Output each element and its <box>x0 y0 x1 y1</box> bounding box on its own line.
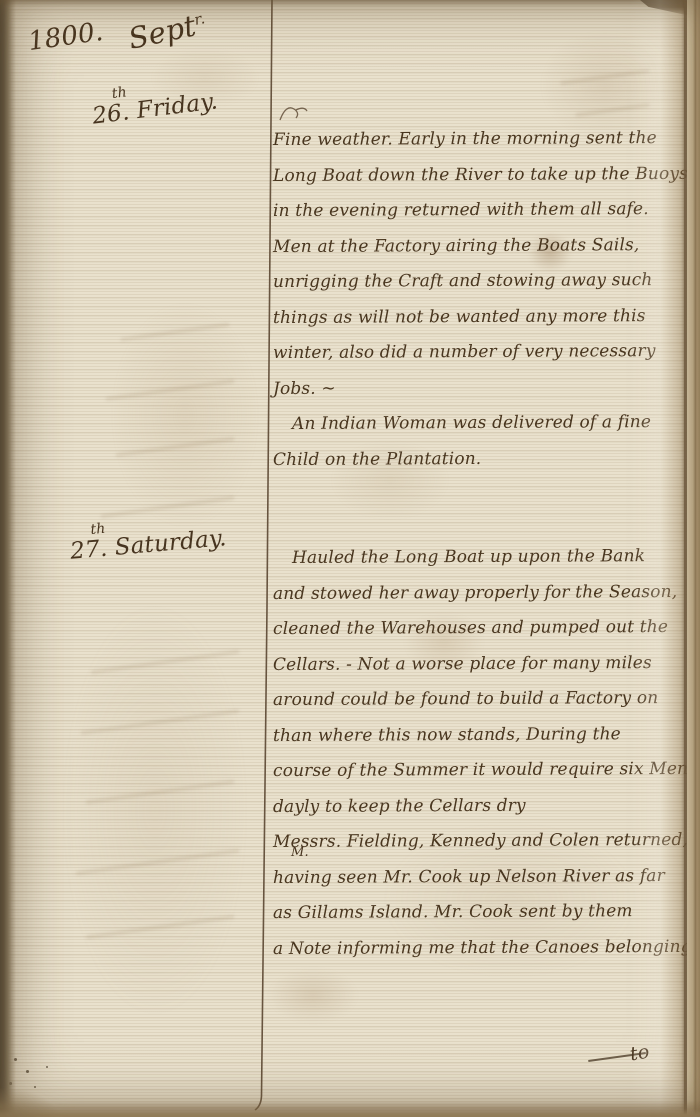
journal-line: Cellars. - Not a worse place for many mi… <box>273 645 673 683</box>
journal-entry-26-september: Fine weather. Early in the morning sent … <box>273 122 673 477</box>
interlinear-insertion: M. <box>291 845 309 860</box>
ink-bleedthrough <box>76 849 240 876</box>
journal-line: in the evening returned with them all sa… <box>273 192 673 230</box>
paper-stain <box>110 300 260 530</box>
date-day-number: 26 <box>91 100 124 129</box>
journal-line: Jobs. ~ <box>273 369 673 407</box>
page-bottom-edge <box>0 1100 700 1117</box>
ink-bleedthrough <box>115 437 234 458</box>
journal-line: as Gillams Island. Mr. Cook sent by them <box>273 894 673 932</box>
date-day-name: . Saturday. <box>99 525 228 562</box>
ink-bleedthrough <box>90 650 239 675</box>
journal-line: around could be found to build a Factory… <box>273 681 673 719</box>
date-ordinal-superscript: th <box>111 84 128 102</box>
journal-line: Men at the Factory airing the Boats Sail… <box>273 227 673 265</box>
ink-flourish <box>276 102 310 124</box>
binding-edge <box>0 0 16 1117</box>
ink-bleedthrough <box>85 780 234 805</box>
journal-line: An Indian Woman was delivered of a fine <box>273 405 673 443</box>
journal-line: cleaned the Warehouses and pumped out th… <box>273 610 673 648</box>
ink-bleedthrough <box>100 496 234 519</box>
date-day-number: 27 <box>69 536 101 564</box>
manuscript-page: 1800. Septr. th26. Friday. Fine weather.… <box>0 0 700 1117</box>
date-ordinal-superscript: th <box>90 521 106 538</box>
ink-bleedthrough <box>85 915 234 940</box>
journal-line: Fine weather. Early in the morning sent … <box>273 121 673 159</box>
journal-line: having seen Mr. Cook up Nelson River as … <box>273 858 673 896</box>
paper-stain <box>60 600 250 1020</box>
journal-line: Child on the Plantation. <box>273 440 673 478</box>
paper-stain <box>268 968 358 1023</box>
journal-line: course of the Summer it would require si… <box>273 752 673 790</box>
month-text: Sept <box>125 8 199 55</box>
ink-speck <box>46 1066 48 1068</box>
date-day-name: . Friday. <box>120 88 219 126</box>
ink-bleedthrough <box>120 322 229 341</box>
month-heading: Septr. <box>125 6 209 56</box>
journal-line: winter, also did a number of very necess… <box>273 334 673 372</box>
journal-line: Long Boat down the River to take up the … <box>273 156 673 194</box>
journal-line: dayly to keep the Cellars dry <box>273 787 673 825</box>
year-heading: 1800. <box>26 17 105 57</box>
journal-line: than where this now stands, During the <box>273 716 673 754</box>
journal-line: and stowed her away properly for the Sea… <box>273 574 673 612</box>
journal-line: things as will not be wanted any more th… <box>273 298 673 336</box>
journal-line: a Note informing me that the Canoes belo… <box>273 929 673 967</box>
month-superscript: r. <box>193 9 207 29</box>
page-corner-shadow <box>0 1088 60 1117</box>
entry-date-27-saturday: th27. Saturday. <box>69 525 227 565</box>
ink-speck <box>26 1070 29 1073</box>
adjacent-page-edge <box>687 0 700 1117</box>
page-top-edge <box>0 0 700 7</box>
journal-line: Messrs. Fielding, Kennedy and Colen retu… <box>273 823 673 861</box>
journal-line: Hauled the Long Boat up upon the Bank <box>273 539 673 577</box>
ink-bleedthrough <box>81 709 240 735</box>
journal-line: unrigging the Craft and stowing away suc… <box>273 263 673 301</box>
entry-date-26-friday: th26. Friday. <box>91 88 219 129</box>
ink-bleedthrough <box>105 379 234 401</box>
journal-entry-27-september: Hauled the Long Boat up upon the Bank an… <box>273 540 673 966</box>
